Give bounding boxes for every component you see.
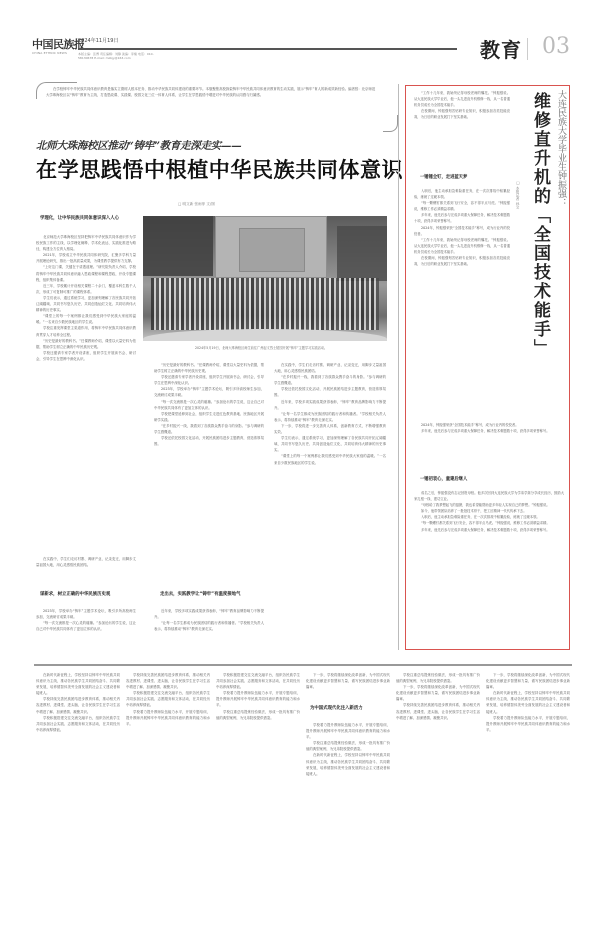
photo-group-of-people [151,278,379,330]
bottom-column-5: 学校注重总结提炼经验做法，形成一批具有推广价值的典型案例，为兄弟院校提供借鉴。 … [396,672,480,902]
paragraph: 北京师范大学珠海校区坚持把铸牢中华民族共同体意识作为学校民族工作的主线，以学理化… [36,234,136,252]
column-divider [398,84,399,650]
sidebar-column-wide-1: 2024年，钟振强荣获“全国技术能手”称号，成为行业内的佼佼者。 多年来，他先后… [414,422,564,472]
paragraph: 下一步，学校将继续深化改革创新，为中国式现代化建设贡献更多智慧和力量，谱写民族团… [486,672,570,690]
editorial-info: 本版主编：张博 责任编辑：刘静 美编：李楠 电话：010-58130678 E-… [78,52,168,60]
newspaper-page: 中国民族报 CHINA ETHNIC NEWS 2024年11月19日 本版主编… [0,0,600,928]
paragraph: 在校期间，钟振强刻苦钻研专业知识，积极参加各类技能竞赛，为日后的职业发展打下坚实… [414,108,510,120]
bottom-column-3: 学校积极搭建交往交流交融平台，组织各民族学生共同参加社会实践、志愿服务和文体活动… [216,672,300,902]
editor-note: 在学校铸牢中华民族共同体意识教育是落实立德树人根本任务、推动中华民族共同体建设的… [36,82,398,132]
paragraph: “历史是最好的教科书。”任课教师介绍，课堂以大量史料为依据，帮助学生树立正确的中… [154,362,264,374]
paragraph: 2021年，学校成立中华民族共同体研究院，汇聚多学科力量开展理论研究，推出一批高… [36,252,136,264]
bottom-column-2: 学校持续完善民族团结进步教育体系，推动相关内容进教材、进课堂、进头脑，让各民族学… [126,672,210,902]
paragraph: “工作十几年来，我始终记得母校老师的嘱托。”钟振强说。从大连民族大学毕业后，他一… [414,237,510,255]
photo-caption: 2024年5月19日，北师大珠海校区师生前往广州起义烈士陵园开展“铸牢”主题学习… [185,346,345,351]
paragraph: 学生们表示，通过系统学习，更加深刻理解了各民族共同开拓辽阔疆域、共同书写悠久历史… [36,295,136,313]
photo-ground [143,329,387,341]
photo-trees-left [143,216,213,276]
subhead-2: 谋新求，树立正确的中华民族历史观 [40,592,136,598]
sidebar-title: 维修直升机的「全国技术能手」 [529,92,551,358]
masthead: 中国民族报 CHINA ETHNIC NEWS 2024年11月19日 本版主编… [32,34,572,64]
article-column-1-bottom: 2023年，学校举办“铸牢”主题学术论坛，吸引多所高校师生参加，交流研讨成果丰硕… [36,608,136,646]
paragraph: 学校还邀请专家学者开设讲座，组织学生开展读书会、研讨会，引导学生在思辨中深化认识… [36,350,136,362]
bottom-column-6: 下一步，学校将继续深化改革创新，为中国式现代化建设贡献更多智慧和力量，谱写民族团… [486,672,570,896]
paragraph: “每一次交流都是一次心灵的碰撞。”参加论坛的学生说，这让自己对中华民族共同体有了… [154,399,264,411]
paragraph: 下一步，学校将继续深化改革创新，为中国式现代化建设贡献更多智慧和力量，谱写民族团… [306,672,390,690]
paragraph: 学校注重总结提炼经验做法，形成一批具有推广价值的典型案例，为兄弟院校提供借鉴。 [216,709,300,721]
paragraph: “历史是最好的教科书。”任课教师介绍，课堂以大量史料为依据，帮助学生树立正确的中… [36,338,136,350]
paragraph: 多年来，他先后参与完成多项重大保障任务，解决技术难题数十项，获得多项荣誉称号。 [414,212,510,224]
paragraph: 学校积极搭建交往交流交融平台，组织各民族学生共同参加社会实践、志愿服务和文体活动… [36,715,120,733]
paragraph: “课堂上的每一个案例都让我们感受到中华民族大家庭的温暖。”一名来自少数民族地区的… [274,453,386,465]
paragraph: 学校着力提升教师队伍能力水平，开展专题培训，提升教师开展铸牢中华民族共同体意识教… [486,715,570,733]
paragraph: 学生们表示，通过系统学习，更加深刻理解了各民族共同开拓辽阔疆域、共同书写悠久历史… [274,435,386,453]
sidebar-column-wide-2: 成名之后，钟振强没有忘记回报母校。他多次回到大连民族大学为学弟学妹分享成长经历，… [414,490,564,646]
paragraph: 近年来，学校多项实践成果获得表彰，“铸牢”教育品牌影响力不断提升。 [154,608,264,620]
paragraph: 学校积极搭建交往交流交融平台，组织各民族学生共同参加社会实践、志愿服务和文体活动… [126,690,210,708]
paragraph: 2023年，学校举办“铸牢”主题学术论坛，吸引多所高校师生参加，交流研讨成果丰硕… [36,608,136,620]
bottom-column-1: 在新时代新征程上，学校坚持以铸牢中华民族共同体意识为主线，推动各民族学生共同团结… [36,672,120,902]
newspaper-logo-subtitle: CHINA ETHNIC NEWS [32,51,67,55]
paragraph: 在实践中，学生们走访村寨、调研产业、记录变迁，用脚步丈量祖国大地，用心灵感悟民族… [274,362,386,374]
paragraph: “上好这门课，关键在于讲透道理。”研究院负责人介绍，学校将铸牢中华民族共同体意识… [36,264,136,282]
paragraph: 学校注重总结提炼经验做法，形成一批具有推广价值的典型案例，为兄弟院校提供借鉴。 [396,672,480,684]
paragraph: 近三年，学校累计开设相关课程二十余门，覆盖本科生数千人次，形成了可复制可推广的课… [36,283,136,295]
photo-monument-plaque [239,228,305,272]
paragraph: 在校期间，钟振强刻苦钻研专业知识，积极参加各类技能竞赛，为日后的职业发展打下坚实… [414,255,510,267]
paragraph: 学校还邀请专家学者开设讲座，组织学生开展读书会、研讨会，引导学生在思辨中深化认识… [154,374,264,386]
paragraph: 学校着力提升教师队伍能力水平，开展专题培训，提升教师开展铸牢中华民族共同体意识教… [306,722,390,740]
paragraph: 学校持续完善民族团结进步教育体系，推动相关内容进教材、进课堂、进头脑，让各民族学… [396,702,480,720]
paragraph: 在新时代新征程上，学校坚持以铸牢中华民族共同体意识为主线，推动各民族学生共同团结… [36,672,120,696]
article-column-1: 北京师范大学珠海校区坚持把铸牢中华民族共同体意识作为学校民族工作的主线，以学理化… [36,234,136,552]
section-title: 教育 [480,34,522,63]
sidebar-kicker: 大连民族大学毕业生钟振强： [555,90,567,207]
masthead-rule [78,48,457,50]
paragraph: 在新时代新征程上，学校坚持以铸牢中华民族共同体意识为主线，推动各民族学生共同团结… [486,690,570,714]
paragraph: 2024年，钟振强荣获“全国技术能手”称号，成为行业内的佼佼者。 [414,225,510,237]
paragraph: 学校注重总结提炼经验做法，形成一批具有推广价值的典型案例，为兄弟院校提供借鉴。 [306,740,390,752]
paragraph: “课堂上的每一个案例都让我们感受到中华民族大家庭的温暖。”一名来自少数民族地区的… [36,313,136,325]
paragraph: 下一步，学校将继续深化改革创新，为中国式现代化建设贡献更多智慧和力量，谱写民族团… [396,684,480,702]
paragraph: “让每一名学生都成为民族团结的践行者和传播者。”学校相关负责人表示，将持续推动“… [274,411,386,423]
page-number: 03 [542,34,570,59]
paragraph: 2023年，学校举办“铸牢”主题学术论坛，吸引多所高校师生参加，交流研讨成果丰硕… [154,386,264,398]
sidebar-article-box: 大连民族大学毕业生钟振强： 维修直升机的「全国技术能手」 □ 本报记者 孙文 “… [405,85,570,650]
article-headline: 在学思践悟中根植中华民族共同体意识 [36,154,403,184]
paragraph: 在实践中，学生们走访村寨、调研产业、记录变迁，用脚步丈量祖国大地，用心灵感悟民族… [36,556,136,568]
group-photo [143,216,387,341]
sidebar-subhead-2: 一锤初衷心，童建后继人 [420,476,467,482]
article-column-3: 在实践中，学生们走访村寨、调研产业、记录变迁，用脚步丈量祖国大地，用心灵感悟民族… [274,362,386,646]
paragraph: 学校积极搭建交往交流交融平台，组织各民族学生共同参加社会实践、志愿服务和文体活动… [216,672,300,690]
paragraph: “每一次交流都是一次心灵的碰撞。”参加论坛的学生说，这让自己对中华民族共同体有了… [36,620,136,632]
paragraph: “让每一名学生都成为民族团结的践行者和传播者。”学校相关负责人表示，将持续推动“… [154,620,264,632]
paragraph: 学校持续完善民族团结进步教育体系，推动相关内容进教材、进课堂、进头脑，让各民族学… [126,672,210,690]
article-kicker: 北师大珠海校区推动“铸牢”教育走深走实—— [36,138,241,153]
bottom-column-4-top: 下一步，学校将继续深化改革创新，为中国式现代化建设贡献更多智慧和力量，谱写民族团… [306,672,390,702]
editor-note-text: 在学校铸牢中华民族共同体意识教育是落实立德树人根本任务、推动中华民族共同体建设的… [46,86,376,98]
article-column-2-bottom: 近年来，学校多项实践成果获得表彰，“铸牢”教育品牌影响力不断提升。 “让每一名学… [154,608,264,646]
paragraph: 在新时代新征程上，学校坚持以铸牢中华民族共同体意识为主线，推动各民族学生共同团结… [306,752,390,776]
paragraph: “工作十几年来，我始终记得母校老师的嘱托。”钟振强说。从大连民族大学毕业后，他一… [414,90,510,108]
paragraph: “每一颗螺钉都关系到飞行安全，容不得半点马虎。”钟振强说，维修工作必须精益求精。 [414,520,564,526]
paragraph: 多年来，他先后参与完成多项重大保障任务，解决技术难题数十项，获得多项荣誉称号。 [414,527,564,533]
paragraph: 学校把课堂延伸到社会，组织学生走进红色教育基地、民族地区开展研学实践。 [154,411,264,423]
bottom-column-4: 学校着力提升教师队伍能力水平，开展专题培训，提升教师开展铸牢中华民族共同体意识教… [306,722,390,902]
sidebar-subhead-1: 一锤锤全钉，走进蓝天梦 [420,174,467,180]
paragraph: 学校注重发挥课堂主渠道作用，将铸牢中华民族共同体意识教育贯穿人才培养全过程。 [36,325,136,337]
paragraph: 入职后，他主动承担急难险重任务，在一次次排故中积累经验，练就了过硬本领。 [414,188,510,200]
article-byline: □ 明文新 张雨菲 文/图 [178,202,215,207]
paragraph: 学校还依托校园文化活动，开展民族团结进步主题教育，营造浓厚氛围。 [154,435,264,447]
sidebar-column-mid: 入职后，他主动承担急难险重任务，在一次次排故中积累经验，练就了过硬本领。 “每一… [414,188,510,416]
paragraph: 学校着力提升教师队伍能力水平，开展专题培训，提升教师开展铸牢中华民族共同体意识教… [216,690,300,708]
paragraph: “在乡村振兴一线，我看到了各族群众携手奋斗的身影。”参与调研的学生感慨道。 [154,423,264,435]
photo-trees-right [337,226,387,281]
paragraph: 学校着力提升教师队伍能力水平，开展专题培训，提升教师开展铸牢中华民族共同体意识教… [126,709,210,727]
subhead-3: 走出去，实践教学让“铸牢”有温度接地气 [160,592,264,598]
section-divider [527,38,528,60]
newspaper-logo: 中国民族报 [32,36,85,52]
article-column-1-tail: 在实践中，学生们走访村寨、调研产业、记录变迁，用脚步丈量祖国大地，用心灵感悟民族… [36,556,136,588]
issue-date: 2024年11月19日 [78,37,118,44]
paragraph: 成名之后，钟振强没有忘记回报母校。他多次回到大连民族大学为学弟学妹分享成长经历，… [414,490,564,502]
paragraph: 学校持续完善民族团结进步教育体系，推动相关内容进教材、进课堂、进头脑，让各民族学… [36,696,120,714]
sidebar-byline: □ 本报记者 孙文 [516,181,521,209]
paragraph: “在乡村振兴一线，我看到了各族群众携手奋斗的身影。”参与调研的学生感慨道。 [274,374,386,386]
sidebar-column-top: “工作十几年来，我始终记得母校老师的嘱托。”钟振强说。从大连民族大学毕业后，他一… [414,90,510,170]
paragraph: 多年来，他先后参与完成多项重大保障任务，解决技术难题数十项，获得多项荣誉称号。 [414,428,564,434]
paragraph: 学校还依托校园文化活动，开展民族团结进步主题教育，营造浓厚氛围。 [274,386,386,398]
bottom-subhead: 为中国式现代化注入新活力 [310,706,394,712]
paragraph: 下一步，学校将进一步完善育人体系，创新教育方式，不断增强教育实效。 [274,423,386,435]
article-column-2: “历史是最好的教科书。”任课教师介绍，课堂以大量史料为依据，帮助学生树立正确的中… [154,362,264,562]
subhead-1: 学理化，让中华民族共同体意识深入人心 [40,216,136,222]
paragraph: “每一颗螺钉都关系到飞行安全，容不得半点马虎。”钟振强说，维修工作必须精益求精。 [414,200,510,212]
bracket-decoration-bottom-right [383,115,398,132]
section-divider-rule [34,664,572,666]
paragraph: 近年来，学校多项实践成果获得表彰，“铸牢”教育品牌影响力不断提升。 [274,399,386,411]
